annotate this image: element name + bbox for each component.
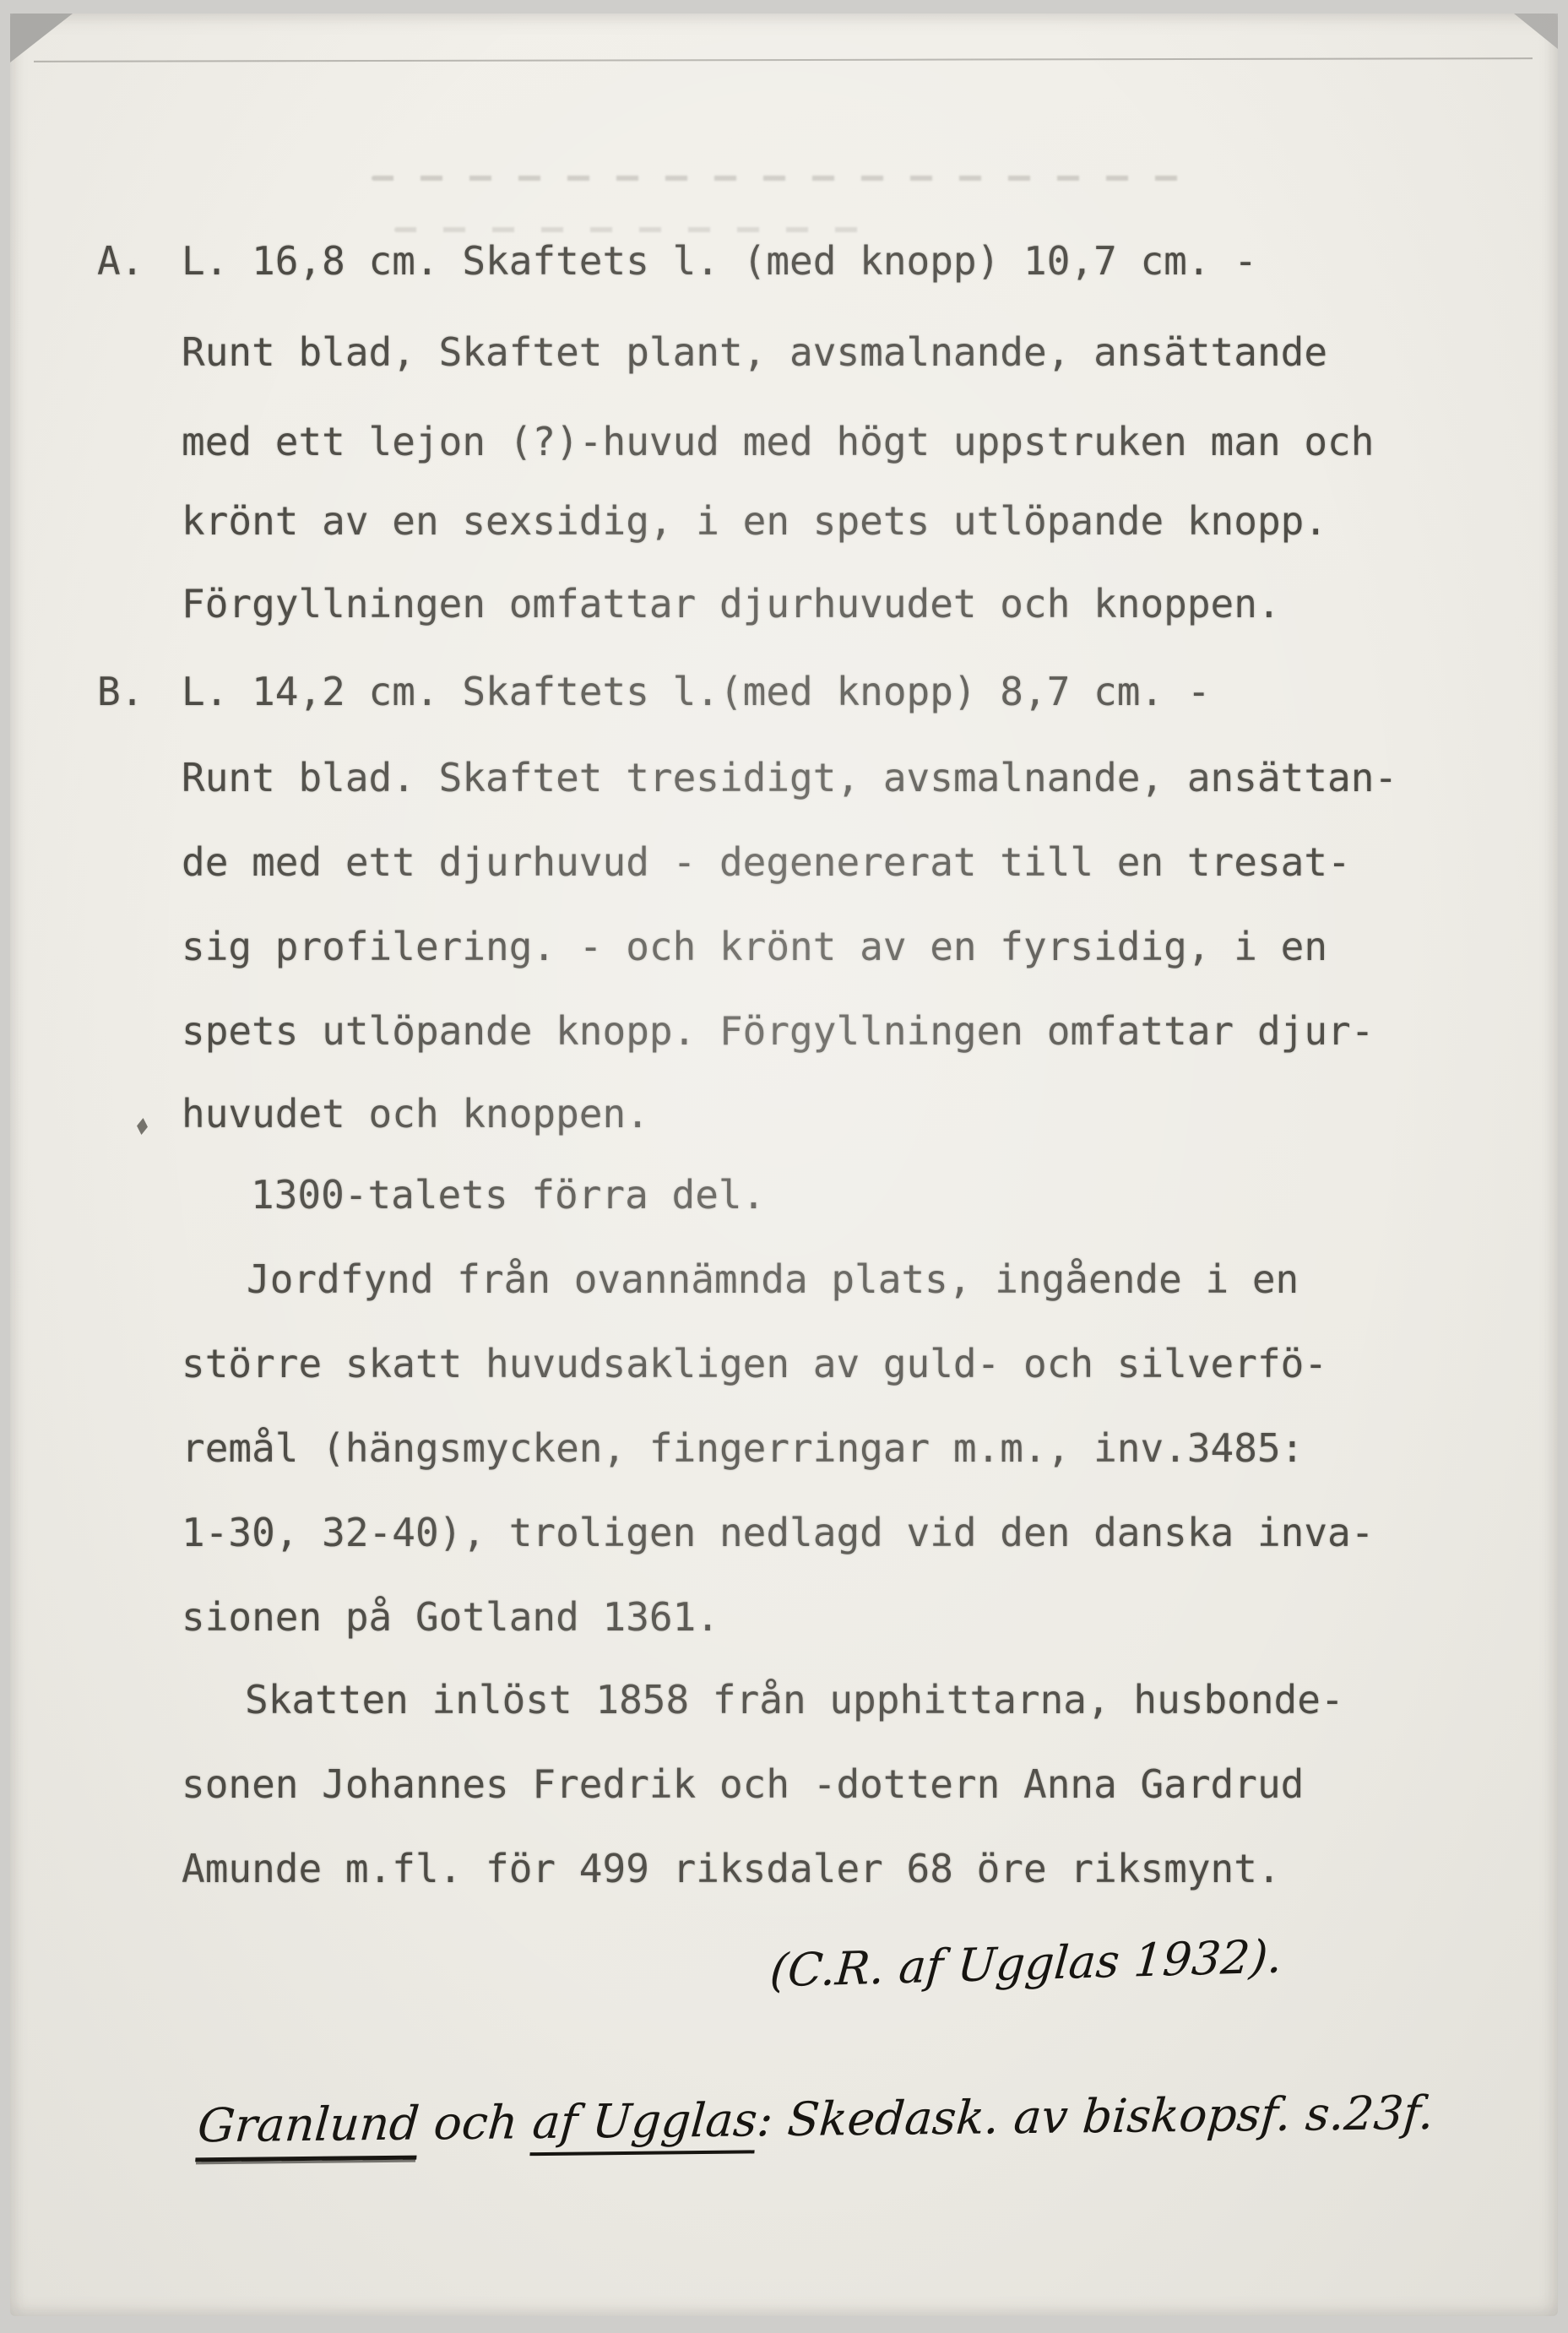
pencil-smudge <box>372 176 1191 181</box>
reference-title-and-page: : Skedask. av biskopsf. s.23f. <box>755 2086 1435 2146</box>
typed-line: de med ett djurhuvud - degenererat till … <box>182 841 1351 883</box>
handwritten-citation: (C.R. af Ugglas 1932). <box>768 1929 1284 1997</box>
document-page: A. L. 16,8 cm. Skaftets l. (med knopp) 1… <box>10 14 1558 2316</box>
typed-line: Runt blad. Skaftet tresidigt, avsmalnand… <box>182 757 1397 799</box>
typed-line: remål (hängsmycken, fingerringar m.m., i… <box>182 1427 1304 1469</box>
typed-line: Jordfynd från ovannämnda plats, ingående… <box>247 1258 1299 1300</box>
typed-line: Amunde m.fl. för 499 riksdaler 68 öre ri… <box>182 1847 1281 1890</box>
reference-connector: och <box>417 2095 534 2150</box>
typed-line: L. 16,8 cm. Skaftets l. (med knopp) 10,7… <box>182 240 1257 282</box>
typed-line: Runt blad, Skaftet plant, avsmalnande, a… <box>182 331 1327 373</box>
typed-line: större skatt huvudsakligen av guld- och … <box>182 1343 1327 1385</box>
typed-line: spets utlöpande knopp. Förgyllningen omf… <box>182 1010 1374 1052</box>
typed-line: sig profilering. - och krönt av en fyrsi… <box>182 925 1327 968</box>
torn-corner-top-right <box>1514 14 1558 49</box>
typed-line: Förgyllningen omfattar djurhuvudet och k… <box>182 583 1281 625</box>
section-label-b: B. <box>97 670 144 713</box>
section-label-a: A. <box>97 240 144 282</box>
reference-author-af-ugglas: af Ugglas <box>530 2092 760 2156</box>
typed-line: sonen Johannes Fredrik och -dottern Anna… <box>182 1763 1304 1805</box>
typed-line: huvudet och knoppen. <box>182 1093 649 1135</box>
ink-blot-mark <box>136 1117 149 1135</box>
pencil-smudge <box>394 227 867 232</box>
reference-author-granlund: Granlund <box>195 2097 421 2162</box>
typed-line: sionen på Gotland 1361. <box>182 1596 719 1638</box>
handwritten-reference: Granlund och af Ugglas: Skedask. av bisk… <box>132 2032 1440 2216</box>
typed-line: krönt av en sexsidig, i en spets utlöpan… <box>182 500 1327 542</box>
typed-line: med ett lejon (?)-huvud med högt uppstru… <box>182 420 1374 463</box>
scanned-document: { "page": { "paper_color": "#efede7", "t… <box>0 0 1568 2333</box>
typed-line: L. 14,2 cm. Skaftets l.(med knopp) 8,7 c… <box>182 670 1211 713</box>
typed-line-dating: 1300-talets förra del. <box>251 1174 765 1216</box>
scan-edge-line <box>34 57 1533 62</box>
typed-line: Skatten inlöst 1858 från upphittarna, hu… <box>245 1679 1344 1721</box>
typed-line: 1-30, 32-40), troligen nedlagd vid den d… <box>182 1511 1374 1554</box>
torn-corner-top-left <box>10 14 73 62</box>
